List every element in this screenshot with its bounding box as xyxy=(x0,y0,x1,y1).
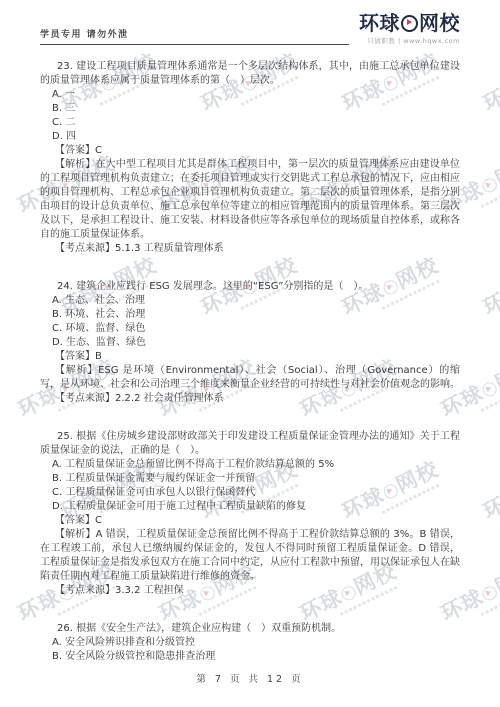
option-line: B. 安全风险分级管控和隐患排查治理 xyxy=(40,650,460,664)
question-text: 24. 建筑企业应践行 ESG 发展理念。这里的“ESG”分别指的是（ ）。 xyxy=(40,280,460,294)
student-only-label: 学员专用 请勿外泄 xyxy=(40,30,129,40)
option-line: A. 一 xyxy=(40,88,460,102)
option-line: D. 四 xyxy=(40,130,460,144)
option-line: B. 环境、社会、治理 xyxy=(40,308,460,322)
question-block: 24. 建筑企业应践行 ESG 发展理念。这里的“ESG”分别指的是（ ）。 A… xyxy=(40,280,460,406)
logo-text-left: 环球 xyxy=(359,13,400,33)
page-footer: 第 7 页 共 12 页 xyxy=(0,671,500,685)
option-line: D. 工程质量保证金可用于施工过程中工程质量缺陷的修复 xyxy=(40,500,460,514)
option-line: B. 工程质量保证金需要与履约保证金一并预留 xyxy=(40,472,460,486)
logo-wordmark: 环球 网校 xyxy=(359,13,460,33)
logo-text-right: 网校 xyxy=(419,13,460,33)
source-line: 【考点来源】5.1.3 工程质量管理体系 xyxy=(40,242,460,256)
page-number: 第 7 页 共 12 页 xyxy=(196,674,303,685)
option-line: A. 工程质量保证金总预留比例不得高于工程价款结算总额的 5% xyxy=(40,458,460,472)
answer-line: 【答案】B xyxy=(40,350,460,364)
answer-line: 【答案】C xyxy=(40,144,460,158)
question-text: 23. 建设工程项目质量管理体系通常是一个多层次结构体系，其中，由施工总承包单位… xyxy=(40,60,460,88)
option-line: B. 三 xyxy=(40,102,460,116)
play-icon xyxy=(401,15,418,32)
question-text: 26. 根据《安全生产法》，建筑企业应构建（ ）双重预防机制。 xyxy=(40,622,460,636)
option-line: D. 生态、监督、绿色 xyxy=(40,336,460,350)
hqwx-logo: 环球 网校 只做职教 | www.hqwx.com xyxy=(359,13,460,45)
questions-area: 23. 建设工程项目质量管理体系通常是一个多层次结构体系，其中，由施工总承包单位… xyxy=(40,60,460,664)
option-line: C. 二 xyxy=(40,116,460,130)
option-line: A. 生态、社会、治理 xyxy=(40,294,460,308)
question-block: 26. 根据《安全生产法》，建筑企业应构建（ ）双重预防机制。 A. 安全风险辨… xyxy=(40,622,460,664)
logo-tagline: 只做职教 | www.hqwx.com xyxy=(367,36,460,45)
analysis-line: 【解析】A 错误，工程质量保证金总预留比例不得高于工程价款结算总额的 3%。B … xyxy=(40,528,460,584)
page: 学员专用 请勿外泄 环球 网校 只做职教 | www.hqwx.com 23. … xyxy=(0,13,500,664)
question-text: 25. 根据《住房城乡建设部财政部关于印发建设工程质量保证金管理办法的通知》关于… xyxy=(40,430,460,458)
option-line: A. 安全风险辨识排查和分级管控 xyxy=(40,636,460,650)
analysis-line: 【解析】在大中型工程项目尤其是群体工程项目中，第一层次的质量管理体系应由建设单位… xyxy=(40,158,460,242)
question-block: 23. 建设工程项目质量管理体系通常是一个多层次结构体系，其中，由施工总承包单位… xyxy=(40,60,460,256)
header-rule: 学员专用 请勿外泄 xyxy=(40,22,349,45)
source-line: 【考点来源】2.2.2 社会责任管理体系 xyxy=(40,392,460,406)
option-line: C. 工程质量保证金可由承包人以银行保函替代 xyxy=(40,486,460,500)
answer-line: 【答案】C xyxy=(40,514,460,528)
option-line: C. 环境、监督、绿色 xyxy=(40,322,460,336)
source-line: 【考点来源】3.3.2 工程担保 xyxy=(40,584,460,598)
analysis-line: 【解析】ESG 是环境（Environmental）、社会（Social）、治理… xyxy=(40,364,460,392)
question-block: 25. 根据《住房城乡建设部财政部关于印发建设工程质量保证金管理办法的通知》关于… xyxy=(40,430,460,598)
header: 学员专用 请勿外泄 环球 网校 只做职教 | www.hqwx.com xyxy=(40,13,460,45)
